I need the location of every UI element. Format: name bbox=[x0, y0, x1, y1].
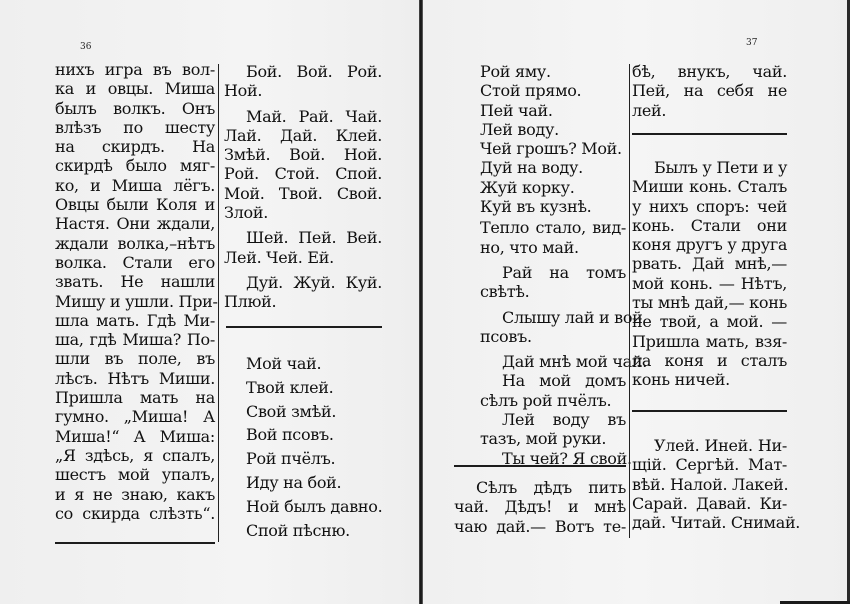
text-line: ша, гдѣ Миша? По- bbox=[55, 330, 215, 349]
word-line: Плюй. bbox=[224, 292, 382, 311]
word-line: Сарай. Давай. Ки- bbox=[632, 494, 787, 513]
sentence-line: сѣлъ рой пчёлъ. bbox=[480, 391, 626, 410]
word-list: Улей. Иней. Ни- щій. Сергѣй. Мат- вѣй. Н… bbox=[632, 436, 787, 532]
word-line: Ной. bbox=[224, 81, 382, 100]
story-line: чаю дай.— Вотъ те- bbox=[454, 517, 626, 536]
text-line: нихъ игра въ вол- bbox=[55, 60, 215, 79]
sentence-line: Стой прямо. bbox=[480, 81, 626, 100]
story-line: не твой, а мой. — bbox=[632, 312, 787, 331]
word-line: Лай. Дай. Клей. bbox=[224, 126, 382, 145]
text-line: Пришла мать на bbox=[55, 388, 215, 407]
section-rule bbox=[454, 465, 626, 467]
word-line: дай. Читай. Снимай. bbox=[632, 513, 787, 532]
text-line: шла мать. Гдѣ Ми- bbox=[55, 311, 215, 330]
words-column-left: Бой. Вой. Рой. Ной. Май. Рай. Чай. Лай. … bbox=[224, 62, 382, 312]
text-line: былъ волкъ. Онъ bbox=[55, 99, 215, 118]
story-line: у нихъ споръ: чей bbox=[632, 197, 787, 216]
story-line: конь. Стали они bbox=[632, 216, 787, 235]
text-line: звать. Не нашли bbox=[55, 272, 215, 291]
text-line: на скирдъ. На bbox=[55, 137, 215, 156]
text-line: волка. Стали его bbox=[55, 253, 215, 272]
story-line: бѣ, внукъ, чай. bbox=[632, 62, 787, 81]
sentence-line: Дай мнѣ мой чай. bbox=[480, 352, 626, 371]
left-page: 36 нихъ игра въ вол- ка и овцы. Миша был… bbox=[0, 0, 421, 604]
horse-story: Былъ у Пети и у Миши конь. Сталъ у нихъ … bbox=[632, 158, 787, 390]
story-line: ла коня и сталъ bbox=[632, 351, 787, 370]
phrase-line: Вой псовъ. bbox=[246, 425, 396, 444]
sentence-line: но, что май. bbox=[480, 238, 626, 257]
text-line: скирдѣ было мяг- bbox=[55, 156, 215, 175]
phrase-line: Свой змѣй. bbox=[246, 402, 396, 421]
text-line: Мишу и ушли. При- bbox=[55, 292, 215, 311]
text-line: Овцы были Коля и bbox=[55, 195, 215, 214]
sentence-line: Чей грошъ? Мой. bbox=[480, 139, 626, 158]
story-line: рвать. Дай мнѣ,— bbox=[632, 254, 787, 273]
right-page: 37 Рой яму. Стой прямо. Пей чай. Лей вод… bbox=[424, 0, 850, 604]
sentence-line: На мой домъ bbox=[480, 371, 626, 390]
word-line: Злой. bbox=[224, 203, 382, 222]
sentence-line: Тепло стало, вид- bbox=[480, 218, 626, 237]
story-line: чай. Дѣдъ! и мнѣ bbox=[454, 497, 626, 516]
text-line: ко, и Миша лёгъ. bbox=[55, 176, 215, 195]
story-line: Былъ у Пети и у bbox=[632, 158, 787, 177]
sentences-column-right: Рой яму. Стой прямо. Пей чай. Лей воду. … bbox=[480, 62, 626, 468]
sentence-line: псовъ. bbox=[480, 327, 626, 346]
word-line: щій. Сергѣй. Мат- bbox=[632, 455, 787, 474]
word-line: Рой. Стой. Спой. bbox=[224, 164, 382, 183]
sentence-line: Лей воду. bbox=[480, 120, 626, 139]
story-line: Пришла мать, взя- bbox=[632, 332, 787, 351]
word-line: Бой. Вой. Рой. bbox=[224, 62, 382, 81]
phrase-line: Иду на бой. bbox=[246, 473, 396, 492]
word-line: Лей. Чей. Ей. bbox=[224, 248, 382, 267]
section-rule bbox=[226, 326, 382, 328]
text-line: ка и овцы. Миша bbox=[55, 79, 215, 98]
story-column-right: бѣ, внукъ, чай. Пей, на себя не лей. bbox=[632, 62, 787, 120]
story-line: лей. bbox=[632, 101, 787, 120]
page-number-37: 37 bbox=[746, 38, 757, 48]
story-line: Сѣлъ дѣдъ пить bbox=[454, 478, 626, 497]
word-line: Дуй. Жуй. Куй. bbox=[224, 273, 382, 292]
story-column-left: нихъ игра въ вол- ка и овцы. Миша былъ в… bbox=[55, 60, 215, 523]
text-line: гумно. „Миша! А bbox=[55, 407, 215, 426]
word-line: вѣй. Налой. Лакей. bbox=[632, 475, 787, 494]
sentence-line: Рай на томъ bbox=[480, 263, 626, 282]
phrase-line: Твой клей. bbox=[246, 378, 396, 397]
word-line: Змѣй. Вой. Ной. bbox=[224, 145, 382, 164]
phrase-line: Ной былъ давно. bbox=[246, 497, 396, 516]
book-gutter bbox=[419, 0, 423, 604]
section-rule bbox=[632, 133, 787, 135]
text-line: Миша!“ А Миша: bbox=[55, 427, 215, 446]
sentence-line: свѣтѣ. bbox=[480, 282, 626, 301]
word-line: Мой. Твой. Свой. bbox=[224, 184, 382, 203]
story-line: Миши конь. Сталъ bbox=[632, 177, 787, 196]
story-end-rule bbox=[55, 542, 215, 544]
text-line: со скирда слѣзть“. bbox=[55, 504, 215, 523]
story-line: коня другъ у друга bbox=[632, 235, 787, 254]
sentence-line: Слышу лай и вой bbox=[480, 308, 626, 327]
text-line: влѣзъ по шесту bbox=[55, 118, 215, 137]
text-line: и я не знаю, какъ bbox=[55, 485, 215, 504]
story-line: конь ничей. bbox=[632, 370, 787, 389]
sentence-line: Дуй на воду. bbox=[480, 158, 626, 177]
phrase-line: Рой пчёлъ. bbox=[246, 449, 396, 468]
phrase-line: Мой чай. bbox=[246, 354, 396, 373]
text-line: „Я здѣсь, я спалъ, bbox=[55, 446, 215, 465]
sentence-line: Жуй корку. bbox=[480, 178, 626, 197]
sentence-line: Куй въ кузнѣ. bbox=[480, 197, 626, 216]
story-line: мой конь. — Нѣтъ, bbox=[632, 274, 787, 293]
word-line: Май. Рай. Чай. bbox=[224, 107, 382, 126]
sentence-line: Лей воду въ bbox=[480, 410, 626, 429]
text-line: шли въ поле, въ bbox=[55, 349, 215, 368]
sentence-line: Рой яму. bbox=[480, 62, 626, 81]
text-line: шестъ мой упалъ, bbox=[55, 465, 215, 484]
word-line: Шей. Пей. Вей. bbox=[224, 228, 382, 247]
story-line: ты мнѣ дай,— конь bbox=[632, 293, 787, 312]
section-rule bbox=[632, 410, 787, 412]
text-line: лѣсъ. Нѣтъ Миши. bbox=[55, 369, 215, 388]
column-divider-left bbox=[218, 64, 219, 542]
sentence-line: тазъ, мой руки. bbox=[480, 429, 626, 448]
sentence-line: Пей чай. bbox=[480, 101, 626, 120]
text-line: Настя. Они ждали, bbox=[55, 214, 215, 233]
book-spread: 36 нихъ игра въ вол- ка и овцы. Миша был… bbox=[0, 0, 850, 604]
phrase-line: Спой пѣсню. bbox=[246, 521, 396, 540]
text-line: ждали волка,–нѣтъ bbox=[55, 234, 215, 253]
phrases-list: Мой чай. Твой клей. Свой змѣй. Вой псовъ… bbox=[246, 354, 396, 544]
word-line: Улей. Иней. Ни- bbox=[632, 436, 787, 455]
story-line: Пей, на себя не bbox=[632, 81, 787, 100]
column-divider-right bbox=[629, 64, 630, 538]
grandfather-story-start: Сѣлъ дѣдъ пить чай. Дѣдъ! и мнѣ чаю дай.… bbox=[454, 478, 626, 536]
page-number-36: 36 bbox=[80, 42, 91, 52]
